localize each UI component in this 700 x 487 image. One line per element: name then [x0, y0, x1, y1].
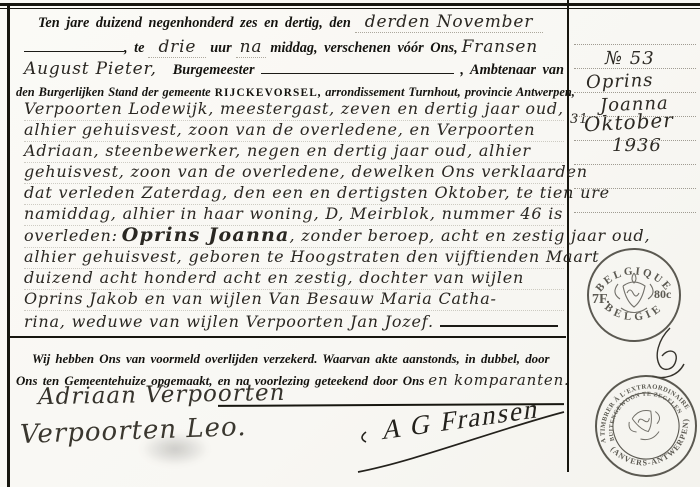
handwritten-text: rina, weduwe van wijlen Verpoorten Jan J… [24, 312, 434, 331]
act-line: alhier gehuisvest, geboren te Hoogstrate… [24, 247, 564, 269]
section-divider [10, 336, 566, 338]
act-line: rina, weduwe van wijlen Verpoorten Jan J… [24, 310, 564, 331]
closing-rule [440, 310, 558, 327]
margin-surname: Oprins [586, 70, 654, 93]
margin-rule [574, 116, 696, 117]
top-border-thick [0, 3, 700, 6]
act-line: Adriaan, steenbewerker, negen en dertig … [24, 141, 564, 163]
act-line: namiddag, alhier in haar woning, D, Meir… [24, 204, 564, 226]
stamp-value-francs: 7F. [592, 292, 610, 307]
act-number: № 53 [605, 48, 655, 69]
handwritten-text: na [236, 37, 267, 58]
handwritten-text: Fransen [462, 37, 538, 57]
act-line: dat verleden Zaterdag, den een en dertig… [24, 183, 564, 205]
stamp-value-centimes: 80c [654, 287, 672, 301]
handwritten-text: namiddag, alhier in haar woning, D, Meir… [24, 204, 563, 223]
coat-of-arms [625, 406, 665, 445]
act-line: August Pieter, Burgemeester , Ambtenaar … [24, 58, 564, 79]
printed-text: middag, verschenen vóór Ons, [270, 40, 457, 56]
handwritten-text: gehuisvest, zoon van de overledene, dewe… [24, 162, 588, 181]
margin-rule [574, 44, 696, 45]
margin-rule [574, 212, 696, 213]
act-line: overleden: Oprins Joanna, zonder beroep,… [24, 224, 564, 248]
handwritten-text: en komparanten. [428, 371, 569, 389]
official-signature: A G Fransen [352, 398, 572, 480]
handwritten-text: August Pieter, [24, 59, 157, 79]
closing-line: Wij hebben Ons van voormeld overlijden v… [20, 350, 565, 371]
act-line: alhier gehuisvest, zoon van de overleden… [24, 120, 564, 142]
margin-date-year: 1936 [612, 135, 662, 156]
handwritten-text: Verpoorten Lodewijk, meestergast, zeven … [24, 99, 564, 118]
margin-rule [574, 188, 696, 189]
printed-text: Wij hebben Ons van voormeld overlijden v… [32, 352, 550, 366]
handwritten-text: dat verleden Zaterdag, den een en dertig… [24, 183, 610, 202]
legalization-stamp: A TIMBRER À L'EXTRAORDINAIRE BUITENGEWOO… [590, 370, 700, 487]
act-line: Ten jare duizend negenhonderd zes en der… [24, 12, 564, 33]
margin-rule [574, 164, 696, 165]
left-border [7, 3, 10, 487]
act-line: Verpoorten Lodewijk, meestergast, zeven … [24, 99, 564, 121]
margin-rule [574, 140, 696, 141]
deceased-name: Oprins Joanna [122, 224, 290, 246]
margin-rule [574, 92, 696, 93]
act-line: , te drie uur na middag, verschenen vóór… [24, 36, 564, 57]
handwritten-text: Adriaan, steenbewerker, negen en dertig … [24, 141, 531, 160]
margin-date-month: Oktober [583, 108, 674, 137]
act-line: duizend acht honderd acht en zestig, doc… [24, 268, 564, 290]
blank-rule [261, 58, 455, 74]
handwritten-text: duizend acht honderd acht en zestig, doc… [24, 268, 524, 287]
printed-text: den Burgerlijken Stand der gemeente [16, 85, 211, 99]
handwritten-text: alhier gehuisvest, zoon van de overleden… [24, 120, 535, 139]
act-line: gehuisvest, zoon van de overledene, dewe… [24, 162, 564, 184]
document-sheet: Ten jare duizend negenhonderd zes en der… [0, 0, 700, 487]
printed-text: , arrondissement Turnhout, provincie Ant… [318, 85, 575, 99]
printed-text: uur [210, 40, 231, 56]
municipality-name: Rijckevorsel [215, 87, 318, 99]
act-line: Oprins Jakob en van wijlen Van Besauw Ma… [24, 289, 564, 311]
handwritten-text: drie [148, 37, 206, 58]
printed-text: , Ambtenaar van [460, 62, 564, 79]
printed-text: Ten jare duizend negenhonderd zes en der… [38, 15, 351, 31]
handwritten-text: Oprins Jakob en van wijlen Van Besauw Ma… [24, 289, 497, 308]
printed-text: Burgemeester [173, 62, 255, 79]
handwritten-text: derden November [355, 12, 543, 33]
printed-text: , te [124, 40, 144, 56]
handwritten-text: alhier gehuisvest, geboren te Hoogstrate… [24, 247, 599, 266]
blank-rule [24, 36, 124, 52]
margin-rule [574, 68, 696, 69]
handwritten-text: overleden: [24, 226, 118, 245]
witness-signature-2: Verpoorten Leo. [20, 412, 247, 450]
handwritten-text: , zonder beroep, acht en zestig jaar oud… [289, 226, 650, 245]
top-border-thin [0, 8, 700, 9]
